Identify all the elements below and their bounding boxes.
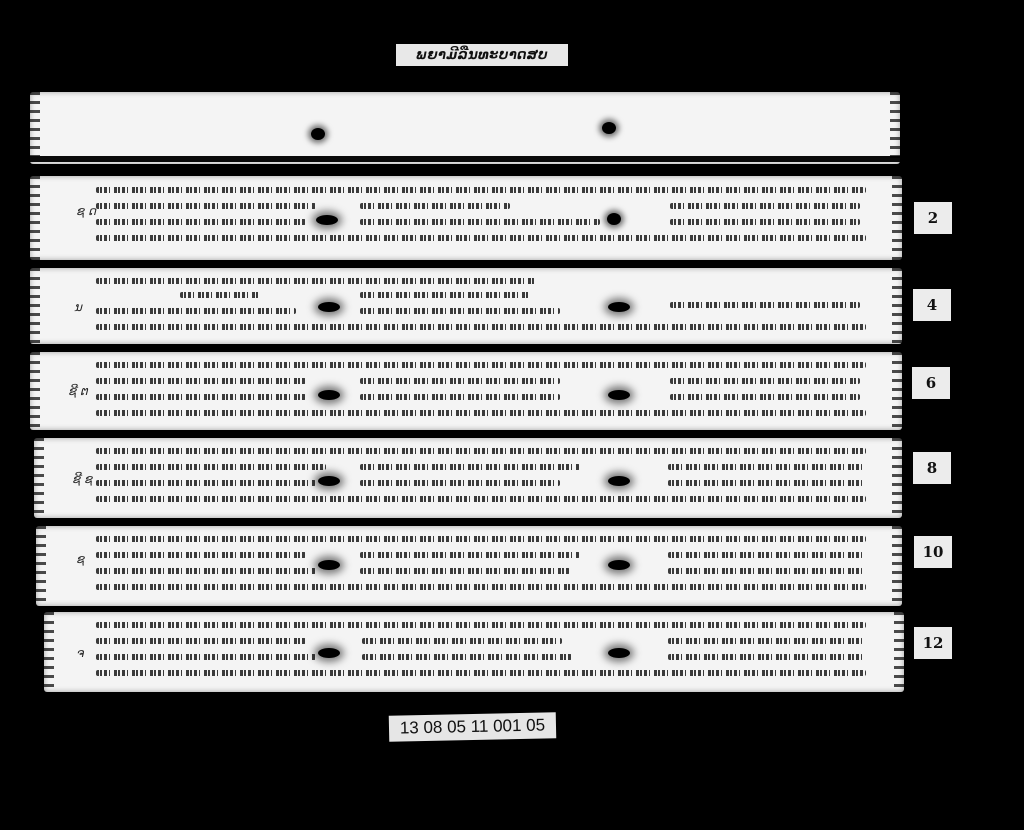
binding-hole	[316, 215, 338, 225]
text-line	[668, 550, 863, 559]
binding-hole	[311, 128, 325, 140]
text-line	[360, 392, 560, 401]
text-line	[96, 276, 536, 285]
leaf-4: ຊີ ຊ	[34, 438, 902, 518]
leaf-cover	[30, 92, 900, 164]
manuscript-title-label: ພຍາມີລືນທະບາດສບ	[396, 44, 568, 66]
binding-hole	[607, 213, 621, 225]
text-line	[96, 306, 296, 315]
page-number-label: 12	[914, 627, 952, 659]
text-line	[362, 652, 572, 661]
text-line	[96, 360, 866, 369]
text-line	[96, 462, 326, 471]
text-line	[360, 478, 560, 487]
leaf-6: ຈ	[44, 612, 904, 692]
text-line	[96, 478, 316, 487]
text-line	[180, 290, 260, 299]
text-line	[670, 376, 860, 385]
text-line	[670, 217, 860, 226]
text-line	[668, 652, 863, 661]
text-line	[96, 217, 306, 226]
text-line	[96, 668, 866, 677]
leaf-margin-mark: ຊີ ຊ	[72, 472, 92, 486]
text-line	[670, 392, 860, 401]
text-line	[96, 534, 866, 543]
text-line	[96, 185, 866, 194]
text-line	[96, 636, 306, 645]
text-line	[668, 636, 863, 645]
text-line	[360, 290, 530, 299]
leaf-3: ຊີ ຕ	[30, 352, 902, 430]
binding-hole	[318, 476, 340, 486]
text-line	[96, 376, 306, 385]
leaf-margin-mark: ຈ	[76, 646, 84, 660]
text-line	[670, 300, 860, 309]
text-line	[360, 217, 600, 226]
text-line	[96, 446, 866, 455]
leaf-margin-mark: ຊີ ຕ	[68, 384, 88, 398]
text-line	[360, 566, 570, 575]
binding-hole	[318, 302, 340, 312]
microfilm-id-label: 13 08 05 11 001 05	[389, 712, 557, 741]
text-line	[96, 550, 306, 559]
text-line	[96, 582, 866, 591]
page-number-label: 4	[913, 289, 951, 321]
binding-hole	[608, 302, 630, 312]
text-line	[360, 376, 560, 385]
page-number-label: 8	[913, 452, 951, 484]
binding-hole	[318, 560, 340, 570]
text-line	[96, 620, 866, 629]
text-line	[360, 306, 560, 315]
text-line	[96, 652, 316, 661]
binding-hole	[608, 390, 630, 400]
text-line	[360, 201, 510, 210]
page-number-label: 6	[912, 367, 950, 399]
leaf-margin-mark: ຊ	[76, 552, 84, 566]
text-line	[670, 201, 860, 210]
leaf-margin-mark: ນ	[74, 300, 82, 314]
leaf-margin-mark: ຊ ດ	[76, 204, 96, 218]
text-line	[96, 201, 316, 210]
text-line	[362, 636, 562, 645]
text-line	[96, 408, 866, 417]
binding-hole	[318, 390, 340, 400]
text-line	[96, 566, 316, 575]
binding-hole	[608, 476, 630, 486]
binding-hole	[602, 122, 616, 134]
leaf-1: ຊ ດ	[30, 176, 902, 260]
binding-hole	[318, 648, 340, 658]
text-line	[96, 392, 306, 401]
leaf-5: ຊ	[36, 526, 902, 606]
text-line	[668, 462, 863, 471]
text-line	[668, 566, 863, 575]
binding-hole	[608, 648, 630, 658]
text-line	[360, 462, 580, 471]
page-number-label: 2	[914, 202, 952, 234]
text-line	[96, 494, 866, 503]
text-line	[96, 322, 866, 331]
text-line	[668, 478, 863, 487]
leaf-edge-shadow	[30, 156, 900, 162]
page-number-label: 10	[914, 536, 952, 568]
leaf-2: ນ	[30, 268, 902, 344]
binding-hole	[608, 560, 630, 570]
text-line	[96, 233, 866, 242]
text-line	[360, 550, 580, 559]
